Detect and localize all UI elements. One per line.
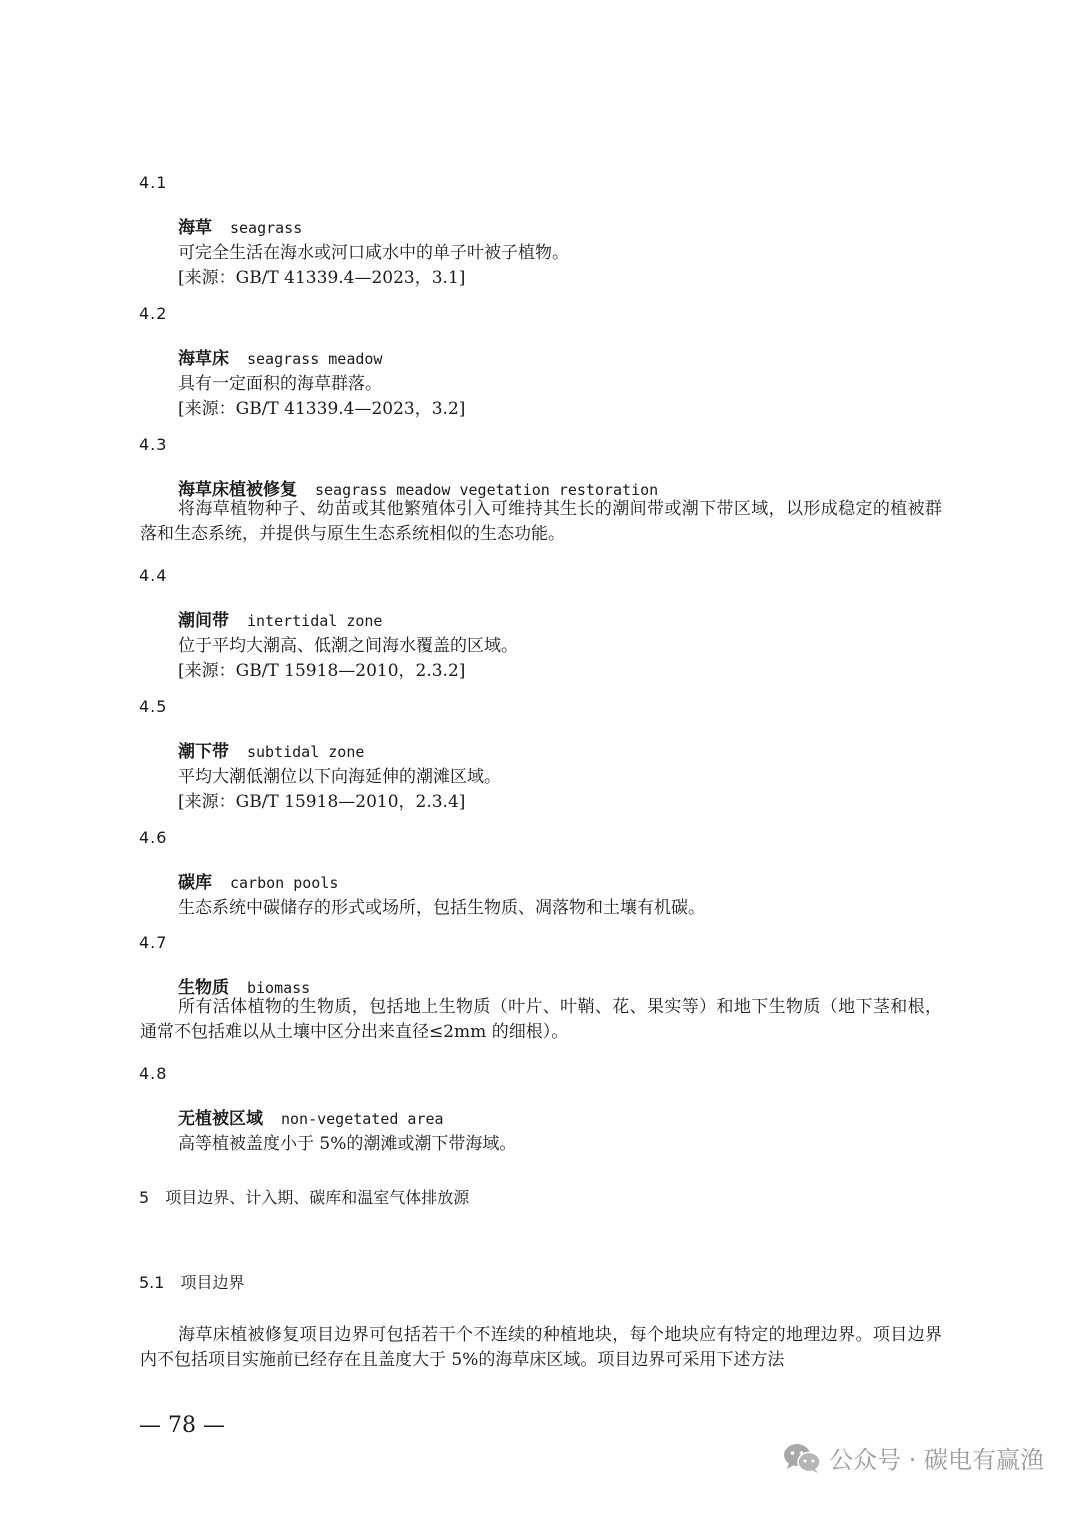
term-source: [来源：GB/T 15918—2010，2.3.2] — [178, 656, 465, 681]
term-zh: 潮下带 — [178, 742, 229, 762]
wechat-icon — [783, 1443, 821, 1473]
term-en: subtidal zone — [247, 743, 364, 761]
term-definition: 位于平均大潮高、低潮之间海水覆盖的区域。 — [178, 631, 518, 656]
subsection-number: 5.1 — [139, 1273, 164, 1292]
section-heading: 5项目边界、计入期、碳库和温室气体排放源 — [139, 1185, 469, 1208]
term-zh: 碳库 — [178, 873, 212, 893]
term-zh: 海草床 — [178, 349, 229, 369]
term-en: seagrass — [230, 219, 302, 237]
term-definition: 可完全生活在海水或河口咸水中的单子叶被子植物。 — [178, 238, 569, 263]
term-source: [来源：GB/T 41339.4—2023，3.1] — [178, 263, 465, 288]
term-definition: 将海草植物种子、幼苗或其他繁殖体引入可维持其生长的潮间带或潮下带区域，以形成稳定… — [140, 497, 942, 547]
term-heading: 海草seagrass — [178, 213, 302, 238]
subsection-heading: 5.1项目边界 — [139, 1270, 244, 1293]
term-zh: 海草 — [178, 218, 212, 238]
term-en: intertidal zone — [247, 612, 382, 630]
entry-number: 4.5 — [139, 697, 167, 716]
term-definition: 生态系统中碳储存的形式或场所，包括生物质、凋落物和土壤有机碳。 — [178, 893, 705, 918]
body-paragraph: 海草床植被修复项目边界可包括若干个不连续的种植地块，每个地块应有特定的地理边界。… — [140, 1323, 942, 1373]
section-number: 5 — [139, 1188, 149, 1207]
term-source: [来源：GB/T 15918—2010，2.3.4] — [178, 787, 465, 812]
term-definition: 高等植被盖度小于 5%的潮滩或潮下带海域。 — [178, 1129, 516, 1154]
term-zh: 无植被区域 — [178, 1109, 263, 1129]
term-heading: 潮间带intertidal zone — [178, 606, 382, 631]
term-definition: 所有活体植物的生物质，包括地上生物质（叶片、叶鞘、花、果实等）和地下生物质（地下… — [140, 995, 942, 1045]
term-heading: 潮下带subtidal zone — [178, 737, 364, 762]
term-en: seagrass meadow — [247, 350, 382, 368]
entry-number: 4.1 — [139, 173, 167, 192]
term-heading: 海草床seagrass meadow — [178, 344, 382, 369]
subsection-title: 项目边界 — [180, 1273, 244, 1292]
entry-number: 4.7 — [139, 933, 167, 952]
term-definition: 具有一定面积的海草群落。 — [178, 369, 382, 394]
section-title: 项目边界、计入期、碳库和温室气体排放源 — [165, 1188, 469, 1207]
entry-number: 4.4 — [139, 566, 167, 585]
term-heading: 碳库carbon pools — [178, 868, 338, 893]
term-en: carbon pools — [230, 874, 338, 892]
term-source: [来源：GB/T 41339.4—2023，3.2] — [178, 394, 465, 419]
page-number: — 78 — — [139, 1413, 225, 1438]
term-heading: 无植被区域non-vegetated area — [178, 1104, 444, 1129]
term-zh: 潮间带 — [178, 611, 229, 631]
entry-number: 4.2 — [139, 304, 167, 323]
term-en: non-vegetated area — [281, 1110, 444, 1128]
watermark: 公众号 · 碳电有赢渔 — [783, 1440, 1044, 1475]
entry-number: 4.8 — [139, 1064, 167, 1083]
entry-number: 4.3 — [139, 435, 167, 454]
entry-number: 4.6 — [139, 828, 167, 847]
watermark-text: 公众号 · 碳电有赢渔 — [829, 1440, 1044, 1475]
term-definition: 平均大潮低潮位以下向海延伸的潮滩区域。 — [178, 762, 501, 787]
